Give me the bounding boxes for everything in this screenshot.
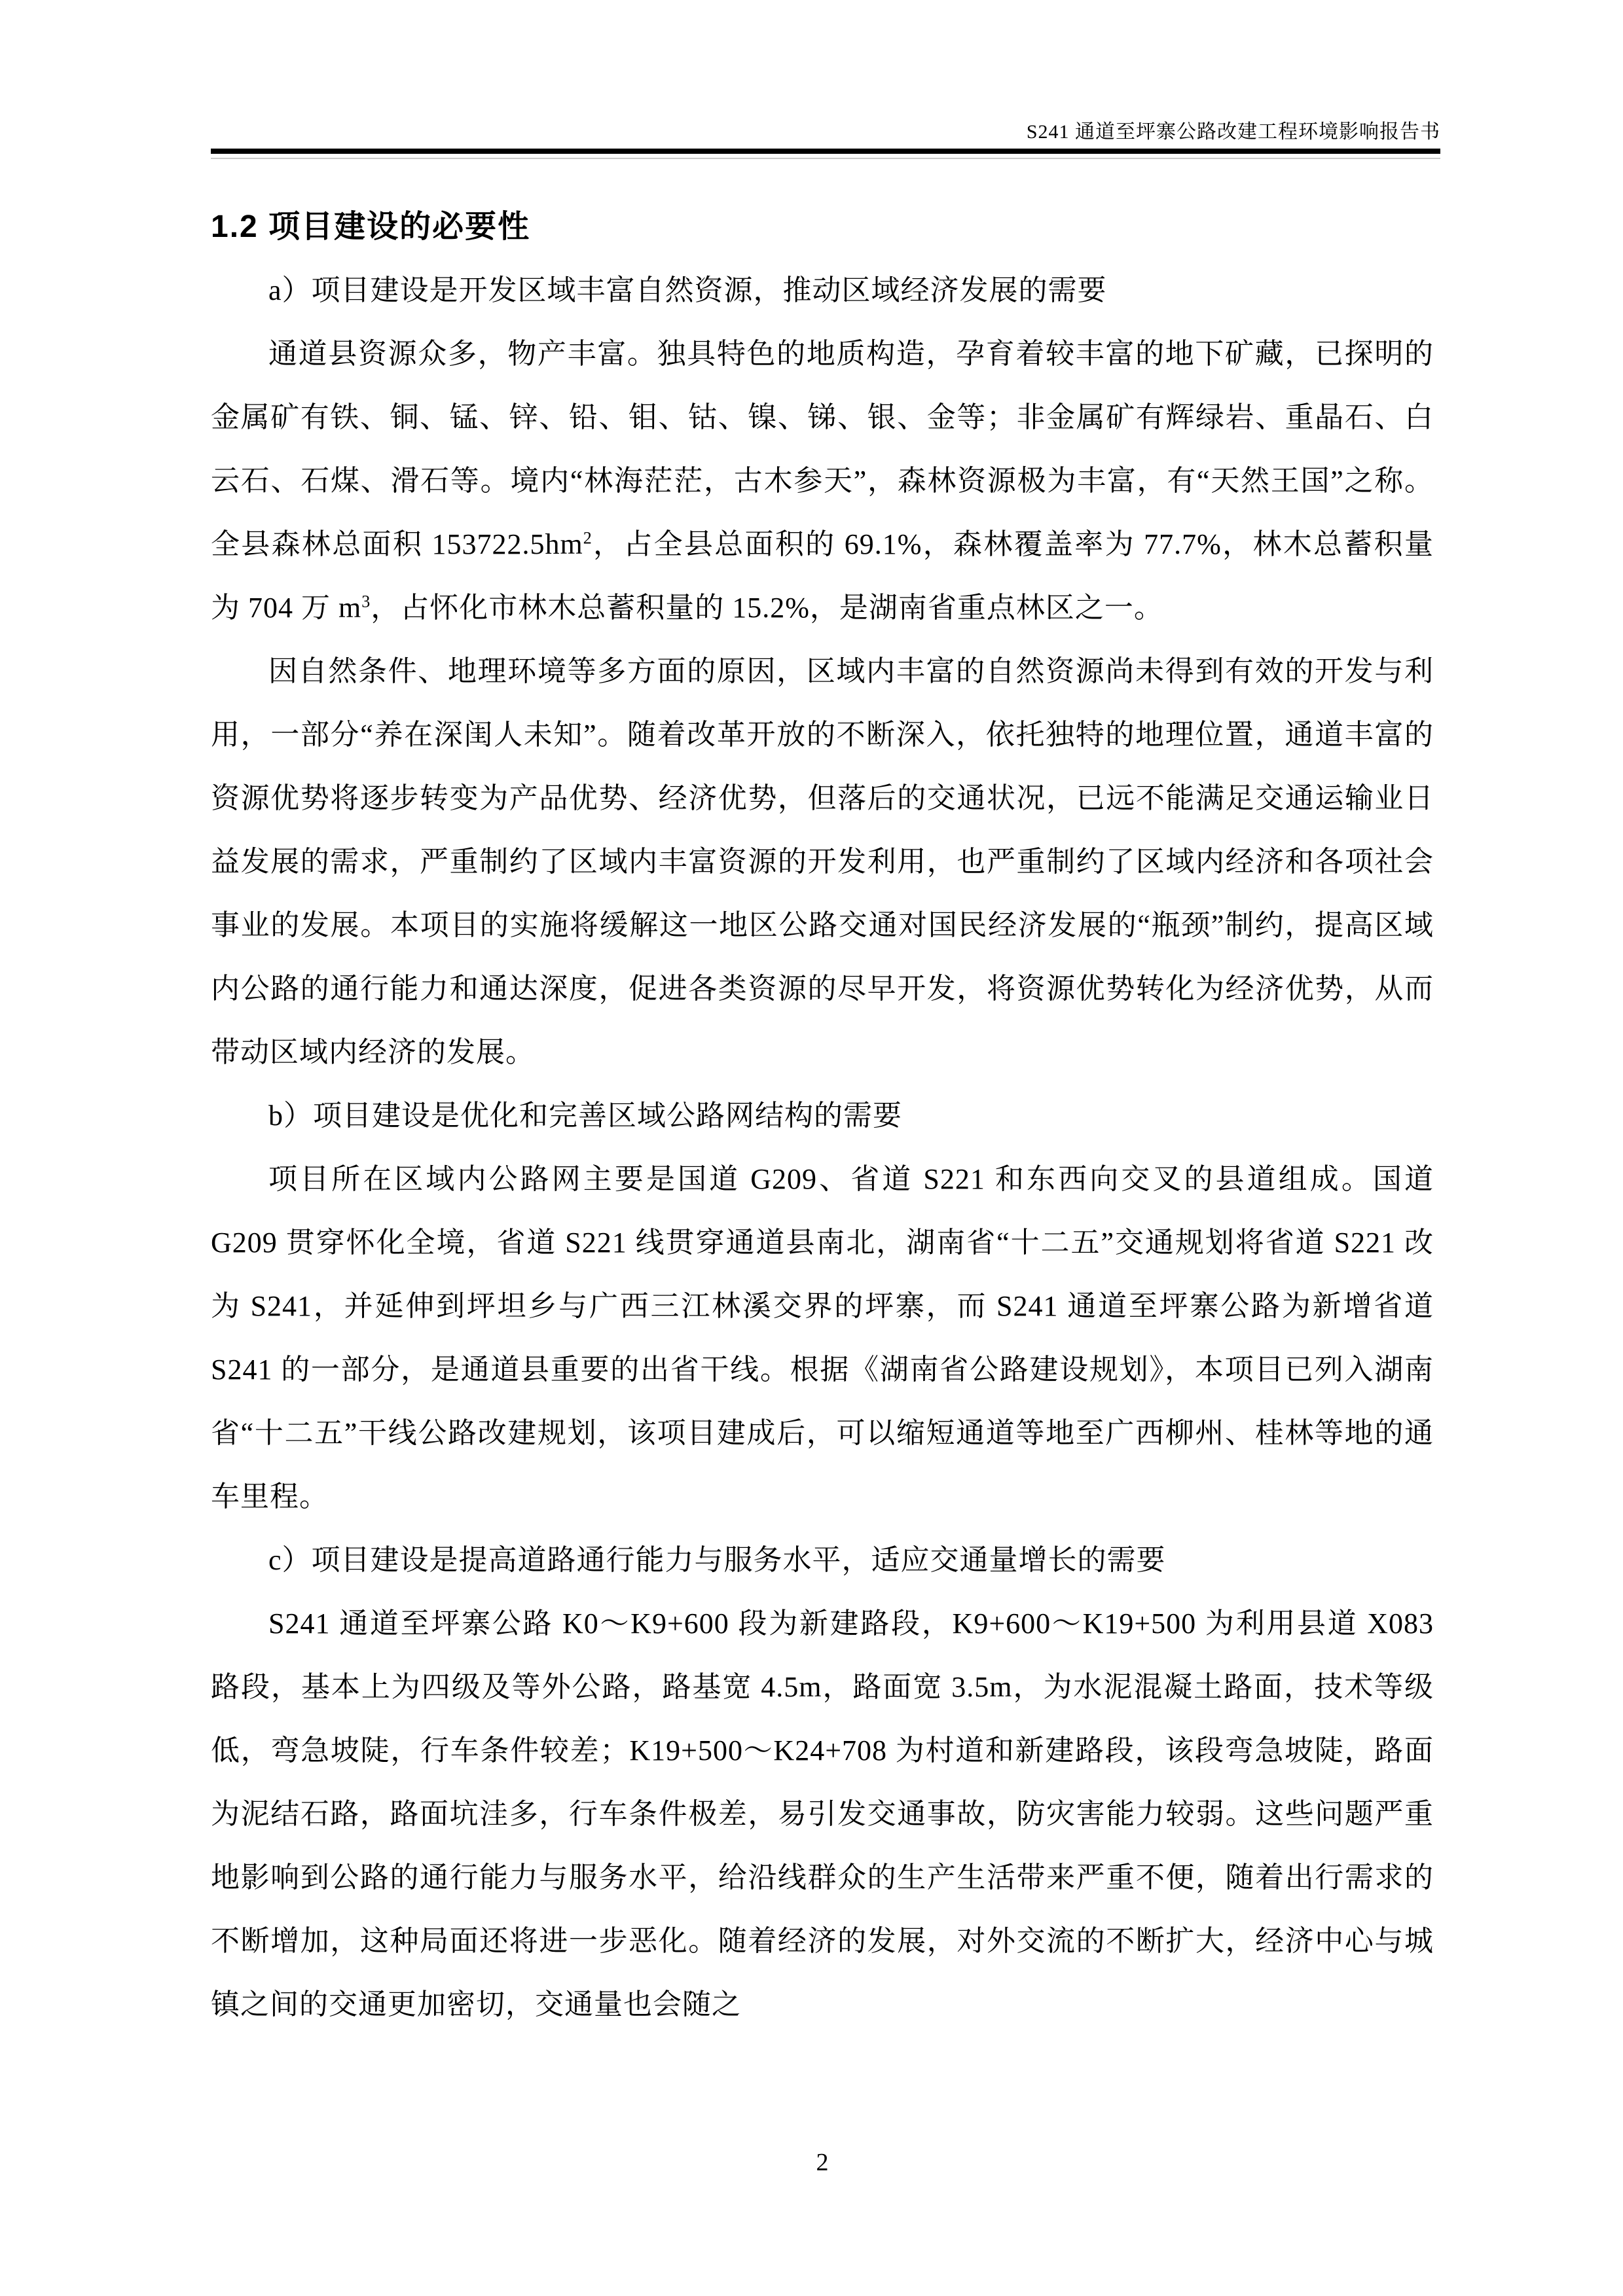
body-paragraph: 因自然条件、地理环境等多方面的原因，区域内丰富的自然资源尚未得到有效的开发与利用… [211,639,1434,1084]
document-page: S241 通道至坪寨公路改建工程环境影响报告书 1.2 项目建设的必要性 a）项… [0,0,1623,2296]
paragraphs-container: a）项目建设是开发区域丰富自然资源，推动区域经济发展的需要通道县资源众多，物产丰… [211,259,1434,2036]
header-rule [211,149,1440,154]
body-paragraph: 项目所在区域内公路网主要是国道 G209、省道 S221 和东西向交叉的县道组成… [211,1147,1434,1528]
header-rule-shadow [211,158,1440,159]
superscript: 3 [361,592,371,611]
page-number: 2 [816,2149,829,2176]
sub-heading-paragraph: c）项目建设是提高道路通行能力与服务水平，适应交通量增长的需要 [211,1528,1434,1592]
body-paragraph: S241 通道至坪寨公路 K0～K9+600 段为新建路段，K9+600～K19… [211,1592,1434,2036]
sub-heading-paragraph: a）项目建设是开发区域丰富自然资源，推动区域经济发展的需要 [211,259,1434,322]
page-footer: 2 [211,2148,1434,2177]
body-paragraph: 通道县资源众多，物产丰富。独具特色的地质构造，孕育着较丰富的地下矿藏，已探明的金… [211,322,1434,639]
running-header-title: S241 通道至坪寨公路改建工程环境影响报告书 [211,119,1440,145]
superscript: 2 [583,528,593,547]
document-body: 1.2 项目建设的必要性 a）项目建设是开发区域丰富自然资源，推动区域经济发展的… [211,195,1434,2036]
sub-heading-paragraph: b）项目建设是优化和完善区域公路网结构的需要 [211,1084,1434,1147]
section-heading: 1.2 项目建设的必要性 [211,195,1434,259]
